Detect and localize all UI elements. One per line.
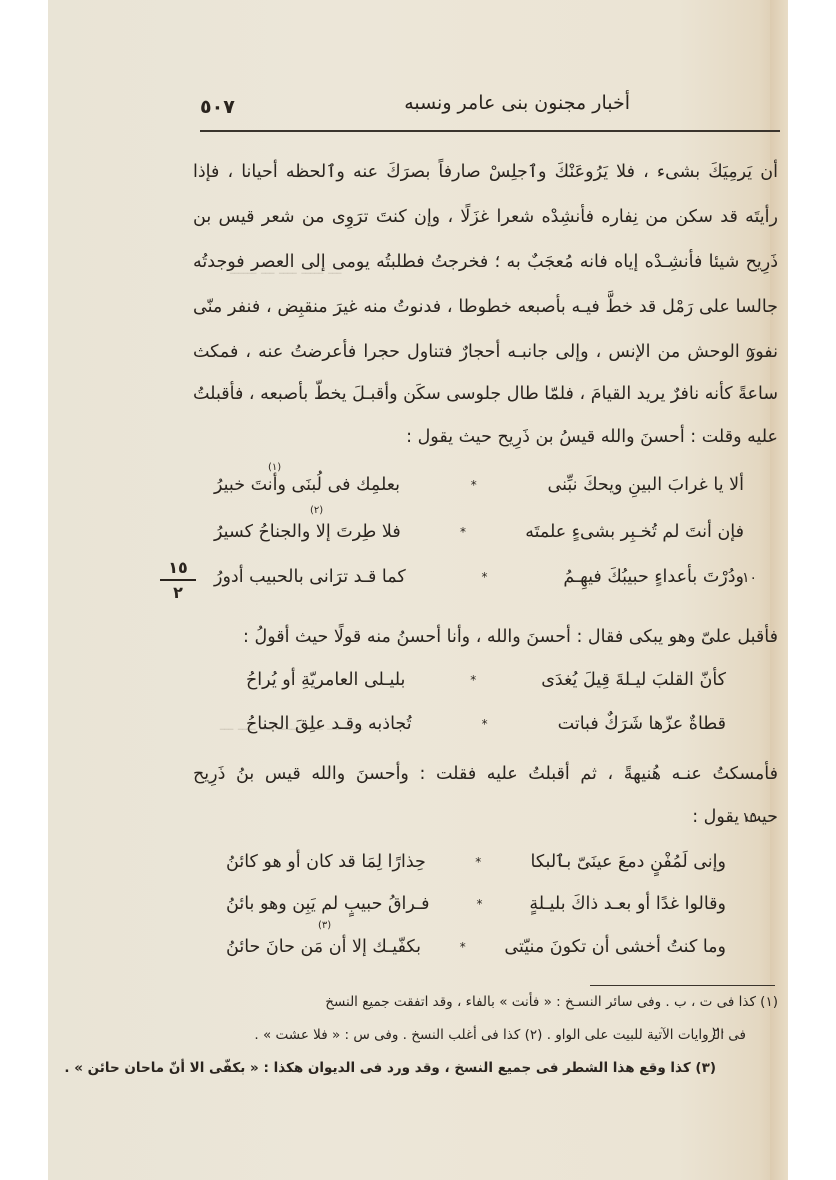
text-line: نفورَ الوحش من الإنس ، وإلى جانبـه أحجار… [193, 340, 778, 364]
hemistich-separator: * [482, 565, 488, 589]
hemistich-separator: * [471, 473, 477, 497]
verse-second-hemistich: حِذارًا لِمَا قد كان أو هو كائنُ [226, 850, 426, 874]
footnote-3: (٣) كذا وقع هذا الشطر فى جميع النسخ ، وق… [64, 1058, 716, 1078]
running-title: أخبار مجنون بنى عامر ونسبه [404, 92, 630, 114]
verse-line: ألا يا غرابَ البينِ ويحكَ نبِّنى * بعلمِ… [214, 473, 744, 497]
signature-bottom: ٢ [160, 583, 196, 602]
text-line: فأمسكتُ عنـه هُنيهةً ، ثم أقبلتُ عليه فق… [193, 762, 778, 786]
footnote-ref-2: (٢) [310, 505, 323, 516]
verse-first-hemistich: ألا يا غرابَ البينِ ويحكَ نبِّنى [548, 473, 744, 497]
page-number: ٥٠٧ [200, 96, 235, 118]
text-line: حيث يقول : [193, 805, 778, 829]
text-line: فأقبل علىّ وهو يبكى فقال : أحسنَ والله ،… [193, 625, 778, 649]
text-line: ساعةً كأنه نافرٌ يريد القيامَ ، فلمّا طا… [193, 382, 778, 406]
hemistich-separator: * [476, 892, 482, 916]
verse-first-hemistich: فإن أنتَ لم تُخـبِر بشىءٍ علمتَه [525, 520, 744, 544]
running-header: أخبار مجنون بنى عامر ونسبه ٥٠٧ [200, 92, 780, 132]
hemistich-separator: * [475, 850, 481, 874]
footnote-ref-1: (١) [268, 462, 281, 473]
verse-second-hemistich: فلا طِرتَ إلا والجناحُ كسيرُ [214, 520, 401, 544]
verse-first-hemistich: وقالوا غدًا أو بعـد ذاكَ بليـلةٍ [529, 892, 726, 916]
footnote-ref-3: (٣) [318, 920, 331, 931]
text-line: أن يَرمِيَكَ بشىء ، فلا يَرُوعَنْكَ وٱجل… [193, 160, 778, 184]
verse-second-hemistich: بليـلى العامريّةِ أو يُراحُ [246, 668, 405, 692]
verse-line: فإن أنتَ لم تُخـبِر بشىءٍ علمتَه * فلا ط… [214, 520, 744, 544]
verse-first-hemistich: كأنّ القلبَ ليـلةَ قِيلَ يُغدَى [541, 668, 726, 692]
text-line: عليه وقلت : أحسنَ والله قيسُ بن ذَرِيح ح… [193, 425, 778, 449]
verse-line: كأنّ القلبَ ليـلةَ قِيلَ يُغدَى * بليـلى… [246, 668, 726, 692]
verse-line: وقالوا غدًا أو بعـد ذاكَ بليـلةٍ * فـراق… [226, 892, 726, 916]
hemistich-separator: * [470, 668, 476, 692]
verse-second-hemistich: تُجاذبه وقـد علِقَ الجناحُ [246, 712, 412, 736]
verse-second-hemistich: بعلمِك فى لُبنَى وأنتَ خبيرُ [214, 473, 400, 497]
verse-second-hemistich: كما قـد ترَانى بالحبيب أدورُ [214, 565, 406, 589]
hemistich-separator: * [460, 520, 466, 544]
verse-first-hemistich: قطاةٌ عزّها شَرَكٌ فباتت [558, 712, 726, 736]
verse-first-hemistich: وإنى لَمُفْنٍ دمعَ عينَىّ بٱلبكا [531, 850, 726, 874]
verse-first-hemistich: وما كنتُ أخشى أن تكونَ منيّتى [504, 935, 726, 959]
verse-second-hemistich: فـراقُ حبيبٍ لم يَبِن وهو بائنُ [226, 892, 430, 916]
footnote-1-cont-and-2: فى الروايات الآتية للبيت على الواو . (٢)… [254, 1025, 746, 1045]
hemistich-separator: * [482, 712, 488, 736]
header-rule [200, 130, 780, 132]
verse-line: وإنى لَمُفْنٍ دمعَ عينَىّ بٱلبكا * حِذار… [226, 850, 726, 874]
text-line: ذَرِيح شيئا فأنشِـدْه إياه فانه مُعجَبٌ … [193, 250, 778, 274]
verse-first-hemistich: ودُرْتَ بأعداءٍ حبيبُكَ فيهِـمُ [563, 565, 744, 589]
signature-mark: ١٥ ٢ [160, 558, 196, 602]
text-line: رأيتَه قد سكن من نِفاره فأنشِدْه شعرا غز… [193, 205, 778, 229]
verse-line: قطاةٌ عزّها شَرَكٌ فباتت * تُجاذبه وقـد … [246, 712, 726, 736]
verse-second-hemistich: بكفّيـك إلا أن مَن حانَ حائنُ [226, 935, 421, 959]
footnote-rule [590, 985, 775, 986]
line-number-5: ٥ [746, 345, 754, 361]
verse-line: ودُرْتَ بأعداءٍ حبيبُكَ فيهِـمُ * كما قـ… [214, 565, 744, 589]
hemistich-separator: * [460, 935, 466, 959]
signature-bar [160, 579, 196, 581]
text-line: جالسا على رَمْل قد خطَّ فيـه بأصبعه خطوط… [193, 295, 778, 319]
signature-top: ١٥ [160, 558, 196, 577]
footnote-1: (١) كذا فى ت ، ب . وفى سائر النسـخ : « ف… [325, 992, 778, 1012]
line-number-20: ٢٠ [712, 1025, 726, 1040]
line-number-15: ١٥ [742, 810, 757, 826]
verse-line: وما كنتُ أخشى أن تكونَ منيّتى * بكفّيـك … [226, 935, 726, 959]
line-number-10: ١٠ [742, 570, 757, 586]
